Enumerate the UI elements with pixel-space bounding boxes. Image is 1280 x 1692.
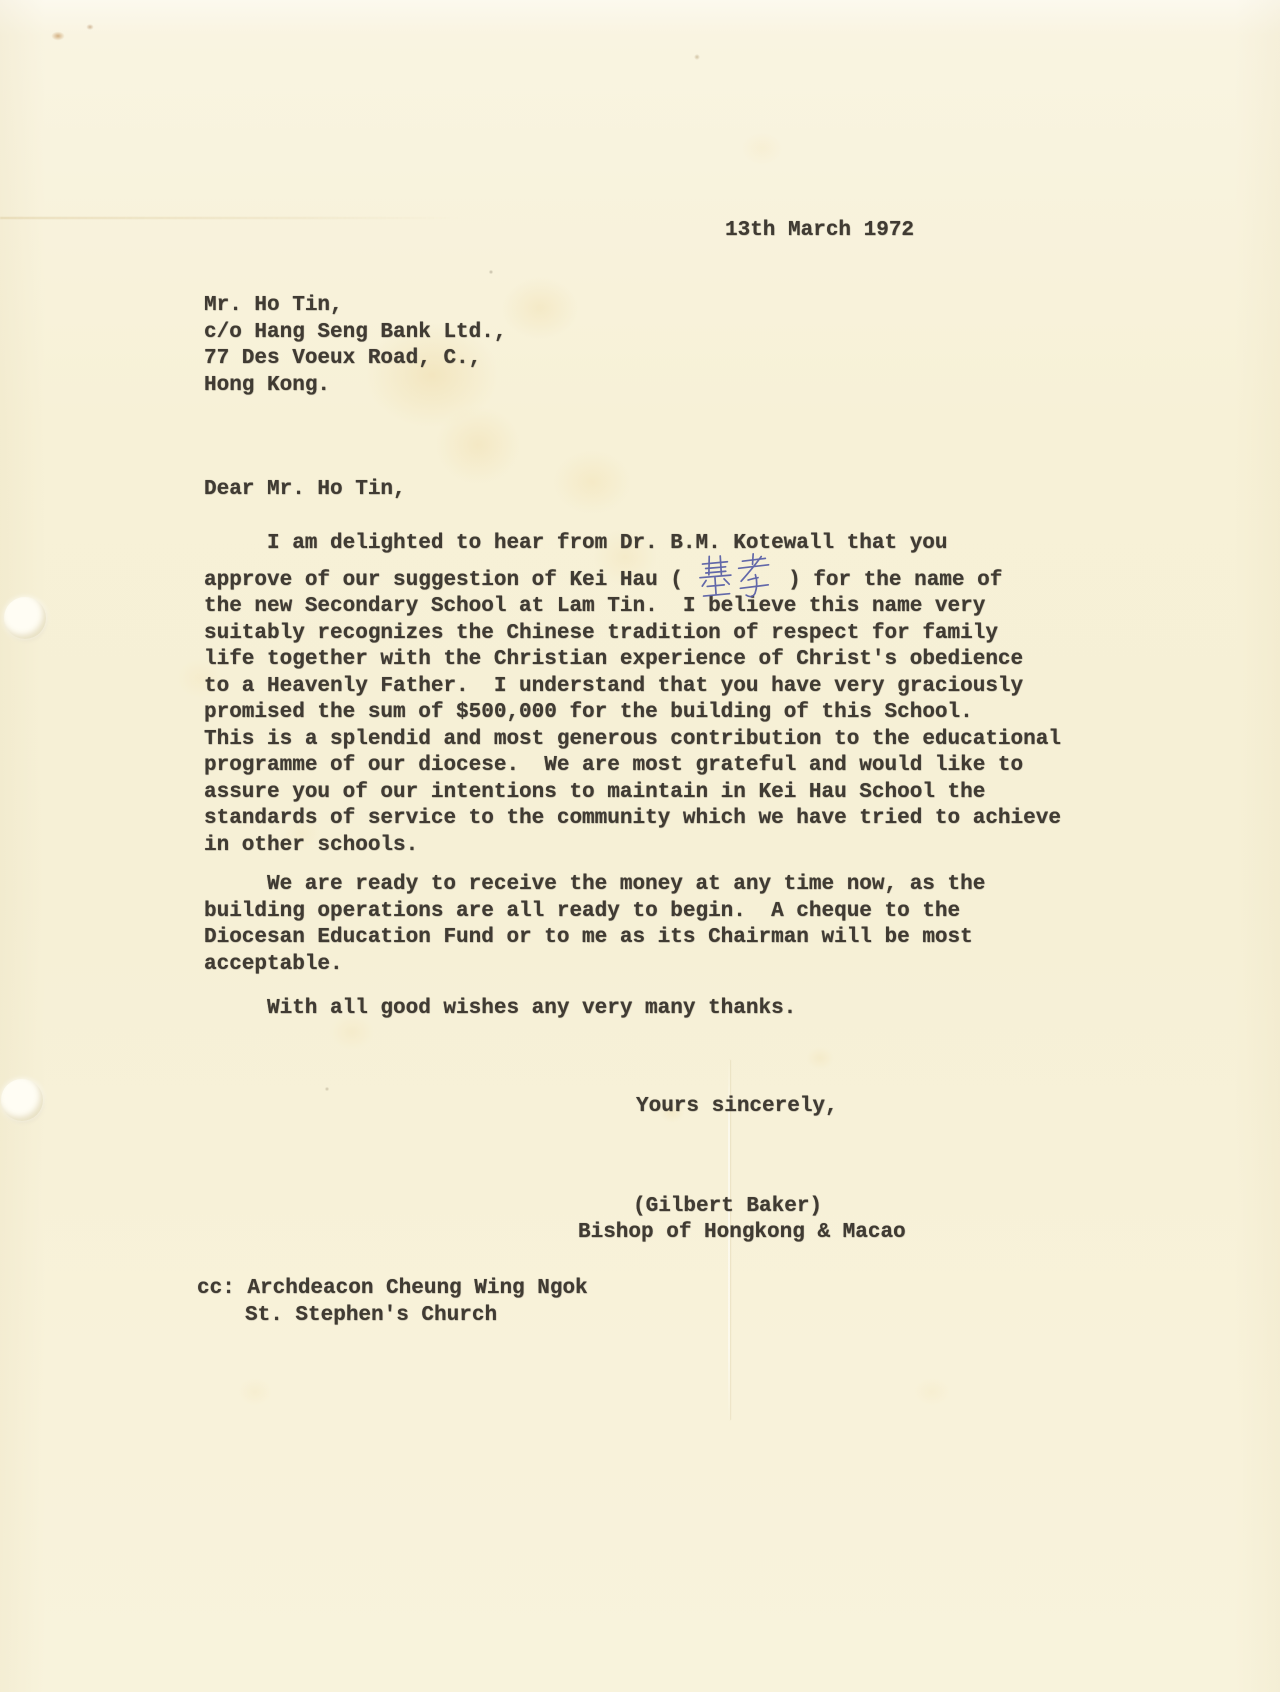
hole-punch-bottom [1, 1079, 43, 1121]
body-paragraph-2: We are ready to receive the money at any… [204, 872, 985, 978]
recipient-address: Mr. Ho Tin, c/o Hang Seng Bank Ltd., 77 … [204, 293, 506, 399]
cc-recipient-address: St. Stephen's Church [245, 1303, 497, 1330]
body-line: This is a splendid and most generous con… [204, 727, 1061, 754]
closing-valediction: Yours sincerely, [636, 1094, 838, 1121]
body-line: to a Heavenly Father. I understand that … [204, 674, 1061, 701]
body-line: I am delighted to hear from Dr. B.M. Kot… [267, 531, 1061, 558]
body-line: acceptable. [204, 952, 985, 979]
body-line: We are ready to receive the money at any… [267, 872, 985, 899]
body-line: the new Secondary School at Lam Tin. I b… [204, 594, 1061, 621]
body-line: standards of service to the community wh… [204, 806, 1061, 833]
body-line: in other schools. [204, 833, 1061, 860]
body-line-segment: ) for the name of [775, 569, 1002, 592]
body-line: assure you of our intentions to maintain… [204, 780, 1061, 807]
address-line: 77 Des Voeux Road, C., [204, 346, 506, 373]
body-line-segment: approve of our suggestion of Kei Hau ( [204, 569, 695, 592]
body-line: Diocesan Education Fund or to me as its … [204, 925, 985, 952]
signature-title: Bishop of Hongkong & Macao [578, 1220, 906, 1247]
body-line-with-chinese: approve of our suggestion of Kei Hau ( [204, 558, 1061, 595]
body-line: life together with the Christian experie… [204, 647, 1061, 674]
letter-date: 13th March 1972 [725, 218, 914, 245]
paper-crease-horizontal [0, 217, 460, 219]
body-line: programme of our diocese. We are most gr… [204, 753, 1061, 780]
body-line: suitably recognizes the Chinese traditio… [204, 621, 1061, 648]
handwritten-chinese-characters [695, 558, 775, 585]
body-line: building operations are all ready to beg… [204, 899, 985, 926]
address-line: Mr. Ho Tin, [204, 293, 506, 320]
address-line: Hong Kong. [204, 373, 506, 400]
body-line: promised the sum of $500,000 for the bui… [204, 700, 1061, 727]
body-paragraph-1: I am delighted to hear from Dr. B.M. Kot… [204, 531, 1061, 859]
letter-page: 13th March 1972 Mr. Ho Tin, c/o Hang Sen… [0, 0, 1280, 1692]
signature-name: (Gilbert Baker) [633, 1194, 822, 1221]
hole-punch-top [4, 597, 46, 639]
body-paragraph-3: With all good wishes any very many thank… [204, 996, 796, 1023]
body-line: With all good wishes any very many thank… [267, 996, 796, 1023]
address-line: c/o Hang Seng Bank Ltd., [204, 320, 506, 347]
salutation: Dear Mr. Ho Tin, [204, 477, 406, 504]
cc-recipient: cc: Archdeacon Cheung Wing Ngok [197, 1276, 588, 1303]
